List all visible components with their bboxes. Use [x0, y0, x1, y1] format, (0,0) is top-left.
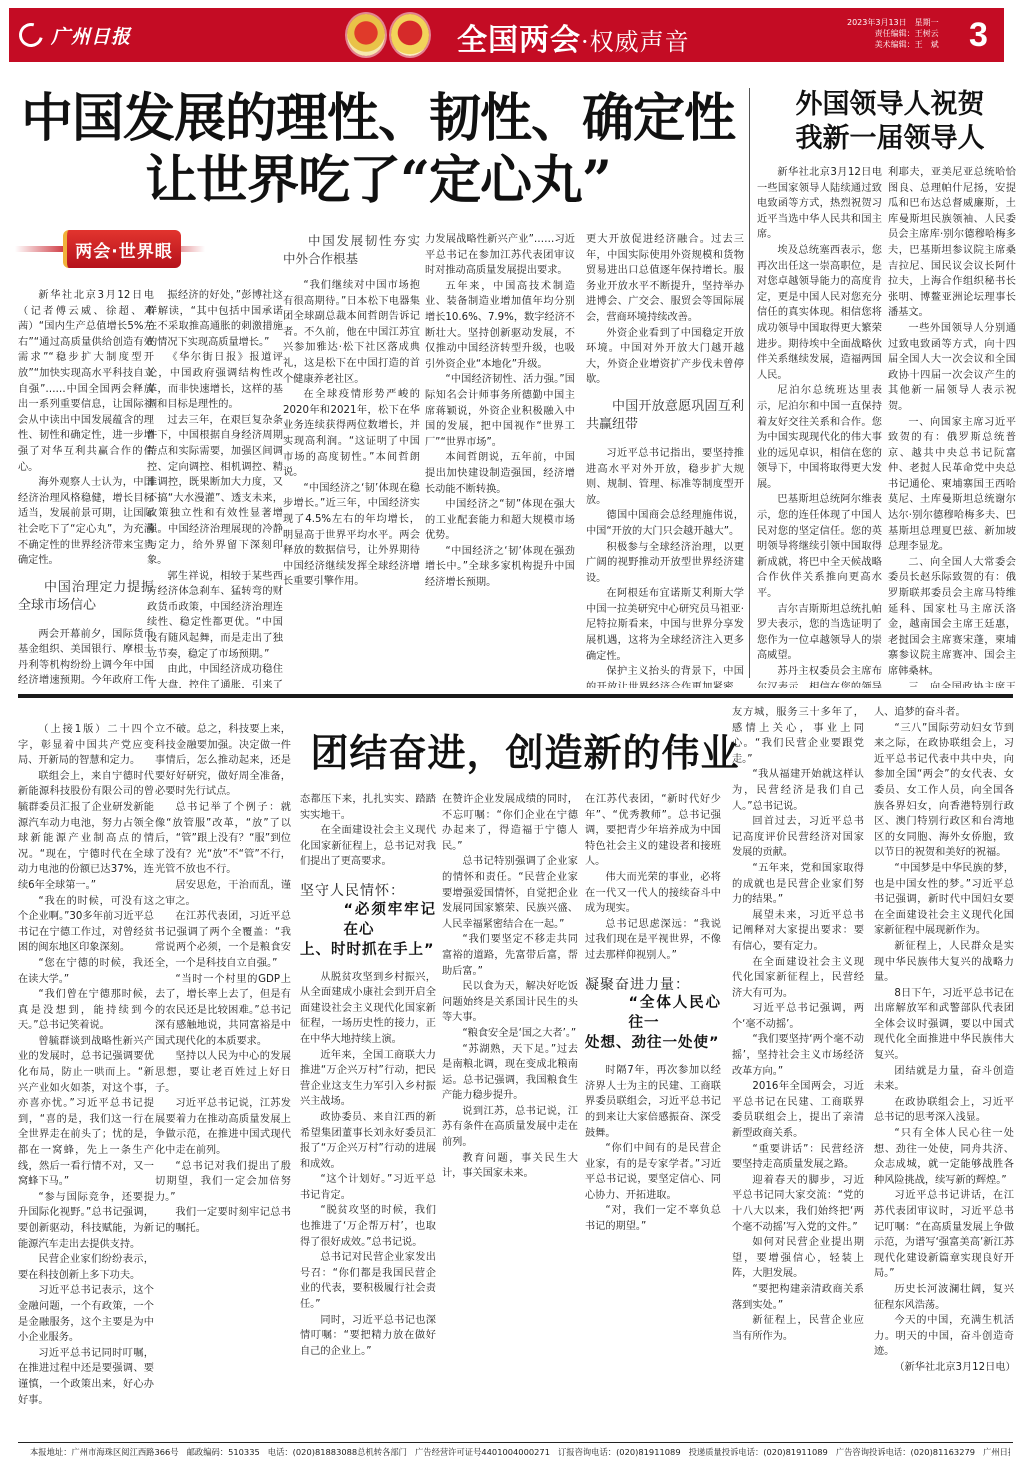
side-headline-line2: 我新一届领导人 [760, 122, 1020, 156]
paragraph: 在江苏代表团，“新时代好少年”、“优秀教师”。总书记强调，要把青少年培养成为中国… [585, 792, 721, 870]
paragraph: 振经济的好处，”彭博社这样解读，“其中包括中国承诺在不采取推高通胀的刺激措施的情… [147, 288, 283, 350]
national-emblem-icon [347, 14, 385, 56]
paragraph: 民以食为天，解决好吃饭问题始终是关系国计民生的头等大事。 [442, 979, 578, 1026]
paragraph: “重要讲话”：民营经济要坚持走高质量发展之路。 [732, 1142, 864, 1173]
paragraph: 习近平总书记讲话，在江苏代表团审议时，习近平总书记叮嘱：“在高质量发展上争做示范… [874, 1188, 1014, 1282]
footer-delivery: 投递质量投诉电话：(020)81911089 [689, 1446, 828, 1458]
paragraph: “这个计划好。”习近平总书记肯定。 [300, 1172, 436, 1203]
paragraph: 吉尔吉斯斯坦总统扎帕罗夫表示，您的当选证明了您作为一位卓越领导人的崇高威望。 [757, 602, 882, 664]
paragraph: “参与国际竞争，还要提升国际化视野。”总书记强调，要创新驱动，科技赋能，为新能源… [18, 1190, 154, 1252]
paragraph: 习近平总书记指出，要坚持推进高水平对外开放，稳步扩大规则、规制、管理、标准等制度… [586, 446, 744, 508]
paragraph: 总书记特别强调了企业家的情怀和责任。“民营企业家要增强爱国情怀，自觉把企业发展同… [442, 854, 578, 932]
paragraph: 8日下午，习近平总书记在出席解放军和武警部队代表团全体会议时强调，要以中国式现代… [874, 986, 1014, 1064]
dateline: （新华社北京3月12日电） [874, 1360, 1014, 1376]
paragraph: 苏丹主权委员会主席布尔汉表示，相信在您的领导下，中国全国两会胜利召开，丰富了民主… [757, 664, 882, 688]
paragraph: “您在宁德的时候，我还在读大学。” [18, 956, 154, 987]
paragraph: 保护主义抬头的背景下，中国的开放让世界经济合作更加紧密，让各国企业有机会分享中国… [586, 664, 744, 688]
paragraph: 外资企业看到了中国稳定开放环境。中国对外开放大门越开越大，外资企业增资扩产步伐未… [586, 326, 744, 388]
footer-phone: 电话：(020)81883088总机转各部门 [268, 1446, 407, 1458]
paragraph: 团结就是力量，奋斗创造未来。 [874, 1064, 1014, 1095]
paragraph: 在阿根廷布宜诺斯艾利斯大学中国一拉美研究中心研究员马祖亚·尼特拉斯看来，中国与世… [586, 586, 744, 664]
paragraph: “我们曾在宁德那时候，真是没想到，能持续到今天。”总书记笑着说。 [18, 987, 154, 1034]
paragraph: 总书记举了个例子：就像“放管服”改革，“放”了以后，“管”跟上没有？“服”到位了… [155, 800, 291, 878]
paragraph: 展望未来，习近平总书记阐释对大家提出要求：要有信心，要有定力。 [732, 908, 864, 955]
subhead-kicker: 凝聚奋进力量： [585, 978, 721, 994]
side-headline-line1: 外国领导人祝贺 [760, 88, 1020, 122]
paragraph: 说到江苏，总书记说，江苏有条件在高质量发展中走在前列。 [442, 1104, 578, 1151]
paragraph: “我们继续对中国市场抱有很高期待。”日本松下电器集团全球副总裁本间哲朗告诉记者。… [283, 278, 420, 387]
footer-postcode: 邮政编码：510335 [187, 1446, 260, 1458]
main-headline-line2: 让世界吃了“定心丸” [18, 150, 738, 212]
cppcc-emblem-icon [391, 14, 429, 56]
paragraph: 海外观察人士认为，中国经济治理风格稳健，增长目标适当，发展前景可期，让国际社会吃… [18, 475, 154, 569]
article2-column-1: 新华社北京3月12日电 一些国家领导人陆续通过致电致函等方式，热烈祝贺习近平当选… [757, 165, 882, 688]
subhead-quote: “必须牢牢记在心 [300, 900, 436, 940]
paragraph: “我在的时候，可没有这个企业啊。”30多年前习近平总书记在宁德工作过，对曾经贫困… [18, 894, 154, 956]
paragraph: 在全球疫情形势严峻的2020年和2021年，松下在华业务连续获得两位数增长，并实… [283, 387, 420, 481]
paragraph: 伟大而光荣的事业，必将在一代又一代人的接续奋斗中成为现实。 [585, 870, 721, 917]
paragraph: 五年来，中国高技术制造业、装备制造业增加值年均分别增长10.6%、7.9%，数字… [425, 279, 575, 373]
paragraph: 由此，中国经济成功稳住了大盘，控住了通胀，引来了外资，扩大了外贸，继续担当世界经… [147, 662, 283, 688]
paragraph: 两会开幕前夕，国际货币基金组织、美国银行、摩根士丹利等机构纷纷上调今年中国经济增… [18, 627, 154, 688]
paragraph: 总书记思虑深远：“我说过我们现在是平视世界，不像过去那样仰视别人。” [585, 917, 721, 964]
paragraph: 利耶夫，亚美尼亚总统哈恰图良、总理帕什尼扬，安提瓜和巴布达总督威廉斯，土库曼斯坦… [888, 165, 1016, 321]
paragraph: 教育问题，事关民生大计，事关国家未来。 [442, 1151, 578, 1182]
paragraph: 立不破。总之，科技要上来，科技金融要加强。决定做一件事情后，怎么推动起来，还是要… [155, 722, 291, 800]
subhead-quote: 处想、劲往一处使” [585, 1033, 721, 1053]
logo-text: 广州日报 [51, 22, 131, 49]
paragraph: 在赞许企业发展成绩的同时，不忘叮嘱：“你们企业在宁德办起来了，得造福于宁德人民。… [442, 792, 578, 854]
footer-printer: 广州日报印务中心印刷 [983, 1446, 1010, 1458]
paragraph: “粮食安全是‘国之大者’。” [442, 1026, 578, 1042]
article3-column-3: 态都压下来，扎扎实实、踏踏实实地干。 在全面建设社会主义现代化国家新征程上，总书… [300, 792, 436, 1434]
emblems [347, 14, 429, 56]
article1-column-4: 力发展战略性新兴产业”……习近平总书记在参加江苏代表团审议时对推动高质量发展提出… [425, 232, 575, 688]
paragraph: “你们中间有的是民营企业家，有的是专家学者。”习近平总书记说，要坚定信心、同心协… [585, 1141, 721, 1203]
article3-column-5: 在江苏代表团，“新时代好少年”、“优秀教师”。总书记强调，要把青少年培养成为中国… [585, 792, 721, 1434]
feature-subhead-1: 坚守人民情怀： “必须牢牢记在心 上、时时抓在手上” [300, 884, 436, 960]
subhead-quote: 上、时时抓在手上” [300, 940, 436, 960]
paragraph: 政协委员、来自江西的新希望集团董事长刘永好委员汇报了“万企兴万村”行动的进展和成… [300, 1110, 436, 1172]
feature-subhead-2: 凝聚奋进力量： “全体人民心往一 处想、劲往一处使” [585, 978, 721, 1054]
paragraph: 从脱贫攻坚到乡村振兴，从全面建成小康社会到开启全面建设社会主义现代化国家新征程，… [300, 970, 436, 1048]
paragraph: 友方城，服务三十多年了，感情上关心，事业上同心。“我们民营企业要跟党走。” [732, 705, 864, 767]
paragraph: 过去三年，在艰巨复杂条件下，中国根据自身经济周期特点和实际需要，加强区间调控、定… [147, 413, 283, 569]
footer-ad-license: 广告经营许可证号4401004000271 [415, 1446, 550, 1458]
paragraph: 新华社北京3月12日电（记者傅云威、徐超、邓茜）“国内生产总值增长5%左右”“通… [18, 288, 154, 475]
paragraph: “中国经济之‘韧’体现在强劲增长中。”全球多家机构提升中国经济增长预期。 [425, 544, 575, 591]
section-title-main: 全国两会 [457, 23, 581, 58]
article1-column-3: 中国发展韧性夯实中外合作根基 “我们继续对中国市场抱有很高期待。”日本松下电器集… [283, 232, 420, 688]
main-headline: 中国发展的理性、韧性、确定性 让世界吃了“定心丸” [18, 88, 738, 212]
second-headline: 团结奋进，创造新的伟业 [300, 722, 750, 777]
paragraph: 中国经济之“韧”体现在强大的工业配套能力和超大规模市场优势。 [425, 497, 575, 544]
art-editor-credit: 美术编辑：王 斌 [847, 39, 939, 50]
article3-column-1: （上接1版）二十四个字，彰显着中国共产党应变局、开新局的智慧和定力。 联组会上，… [18, 722, 154, 1434]
paragraph: “只有全体人民心往一处想、劲往一处使，同舟共济、众志成城，就一定能够战胜各种风险… [874, 1126, 1014, 1188]
paragraph: “对，我们一定不辜负总书记的期望。” [585, 1203, 721, 1234]
paragraph: 积极参与全球经济治理，以更广阔的视野推动开放型世界经济建设。 [586, 540, 744, 587]
column-divider [749, 88, 750, 678]
paragraph: 如何对民营企业提出期望，要增强信心，轻装上阵，大胆发展。 [732, 1235, 864, 1282]
paragraph: 习近平总书记同时叮嘱，在推进过程中还是要强调、要谨慎，一个政策出来，好心办好事。 [18, 1346, 154, 1408]
paragraph: 曾毓群谈到战略性新兴产业的发展时，总书记强调要优化布局，防止一哄而上。“新兴产业… [18, 1034, 154, 1190]
page-meta: 2023年3月13日 星期一 责任编辑：王树云 美术编辑：王 斌 [847, 17, 939, 50]
footer-divider [18, 1442, 1013, 1443]
side-headline: 外国领导人祝贺 我新一届领导人 [760, 88, 1020, 156]
paragraph: “要把构建亲清政商关系落到实处。” [732, 1282, 864, 1313]
paragraph: 二、向全国人大常委会委员长赵乐际致贺的有：俄罗斯联邦委员会主席马特维延科、国家杜… [888, 555, 1016, 680]
section-tag: 两会·世界眼 [63, 230, 181, 268]
paragraph: “总书记对我们提出了殷切期望，我们一定会加倍努力。” [155, 1159, 291, 1206]
paragraph: “三八”国际劳动妇女节到来之际，在政协联组会上，习近平总书记代表中共中央，向参加… [874, 721, 1014, 861]
paragraph: 一些外国领导人分别通过致电致函等方式，向十四届全国人大一次会议和全国政协十四届一… [888, 321, 1016, 415]
section-tag-banner: 两会·世界眼 [15, 224, 205, 274]
paragraph: 近年来，全国工商联大力推进“万企兴万村”行动，把民营企业这支生力军引入乡村振兴主… [300, 1048, 436, 1110]
newspaper-logo: 广州日报 [19, 20, 131, 50]
section-divider [18, 694, 1013, 698]
article3-column-7: 人、追梦的奋斗者。 “三八”国际劳动妇女节到来之际，在政协联组会上，习近平总书记… [874, 705, 1014, 1434]
paragraph: 新征程上，民营企业应当有所作为。 [732, 1313, 864, 1344]
paragraph: 居安思危，干治而乱，谨之审之。 [155, 878, 291, 909]
paragraph: 在全面建设社会主义现代化国家新征程上，民营经济大有可为。 [732, 955, 864, 1002]
footer: 本报地址：广州市海珠区阅江西路366号 邮政编码：510335 电话：(020)… [30, 1446, 1010, 1458]
article2-column-2: 利耶夫，亚美尼亚总统哈恰图良、总理帕什尼扬，安提瓜和巴布达总督威廉斯，土库曼斯坦… [888, 165, 1016, 688]
logo-mark-icon [15, 19, 48, 52]
paragraph: 新华社北京3月12日电 一些国家领导人陆续通过致电致函等方式，热烈祝贺习近平当选… [757, 165, 882, 243]
paragraph: “苏湖熟，天下足。”过去是南粮北调，现在变成北粮南运。总书记强调，我国粮食生产能… [442, 1042, 578, 1104]
subhead-quote: “全体人民心往一 [585, 993, 721, 1033]
paragraph: 时隔7年，再次参加以经济界人士为主的民建、工商联界委员联组会，习近平总书记的到来… [585, 1063, 721, 1141]
footer-ad-complaint: 广告咨询投诉电话：(020)81163279 [836, 1446, 975, 1458]
paragraph: 本间哲朗说，五年前，中国提出加快建设制造强国，经济增长动能不断转换。 [425, 450, 575, 497]
paragraph: “中国经济之‘韧’体现在稳步增长。”近三年，中国经济实现了4.5%左右的年均增长… [283, 481, 420, 590]
paragraph: 回首过去，习近平总书记高度评价民营经济对国家发展的贡献。 [732, 814, 864, 861]
paragraph: 2016年全国两会，习近平总书记在民建、工商联界委员联组会上，提出了亲清新型政商… [732, 1079, 864, 1141]
section-title: 全国两会·权威声音 [457, 15, 690, 59]
footer-address: 本报地址：广州市海珠区阅江西路366号 [30, 1446, 179, 1458]
paragraph: 联组会上，来自宁德时代新能源科技股份有限公司的曾毓群委员汇报了企业研发新能源汽车… [18, 769, 154, 894]
paragraph: 同时，习近平总书记也深情叮嘱：“要把精力放在做好自己的企业上。” [300, 1313, 436, 1360]
article1-column-5: 更大开放促进经济融合。过去三年，中国实际使用外资规模和货物贸易进出口总值逐年保持… [586, 232, 744, 688]
paragraph: 更大开放促进经济融合。过去三年，中国实际使用外资规模和货物贸易进出口总值逐年保持… [586, 232, 744, 326]
paragraph: 埃及总统塞西表示，您再次出任这一崇高职位，是对您卓越领导能力的高度肯定，更是中国… [757, 243, 882, 383]
editor-credit: 责任编辑：王树云 [847, 28, 939, 39]
paragraph: 《华尔街日报》报道评论，中国政府强调结构性改革，而非快速增长，这样的基调和目标是… [147, 350, 283, 412]
paragraph: 在政协联组会上，习近平总书记的思考深入浅显。 [874, 1095, 1014, 1126]
section-title-sub: ·权威声音 [581, 28, 690, 56]
paragraph: “脱贫攻坚的时候，我们也推进了‘万企帮万村’，也取得了很好成效。”总书记说。 [300, 1203, 436, 1250]
paragraph: 德国中国商会总经理施伟说，中国“开放的大门只会越开越大”。 [586, 508, 744, 539]
masthead: 广州日报 全国两会·权威声音 2023年3月13日 星期一 责任编辑：王树云 美… [9, 8, 1004, 62]
paragraph: 习近平总书记强调，两个‘毫不动摇’。 [732, 1001, 864, 1032]
paragraph: “中国梦是中华民族的梦，也是中国女性的梦。”习近平总书记强调，新时代中国妇女要在… [874, 861, 1014, 939]
paragraph: 历史长河波澜壮阔，复兴征程东风浩荡。 [874, 1282, 1014, 1313]
paragraph: 坚持以人民为中心的发展思想，要让老百姓过上好日子。 [155, 1049, 291, 1096]
paragraph: “当时一个村里的GDP上去了，增长率上去了，但是有的农民还是比较困难。”总书记深… [155, 972, 291, 1050]
article3-column-4: 在赞许企业发展成绩的同时，不忘叮嘱：“你们企业在宁德办起来了，得造福于宁德人民。… [442, 792, 578, 1434]
page-number: 3 [969, 16, 988, 55]
subheading: 中国发展韧性夯实中外合作根基 [283, 232, 420, 268]
paragraph: “我从福建开始就这样认为，民营经济是我们自己人。”总书记说。 [732, 767, 864, 814]
paragraph: 力发展战略性新兴产业”……习近平总书记在参加江苏代表团审议时对推动高质量发展提出… [425, 232, 575, 279]
paragraph: 人、追梦的奋斗者。 [874, 705, 1014, 721]
paragraph: 态都压下来，扎扎实实、踏踏实实地干。 [300, 792, 436, 823]
subheading: 中国治理定力提振全球市场信心 [18, 579, 154, 615]
subhead-kicker: 坚守人民情怀： [300, 884, 436, 900]
main-headline-line1: 中国发展的理性、韧性、确定性 [18, 88, 738, 150]
paragraph: “我们要坚定不移走共同富裕的道路，先富带后富，帮助后富。” [442, 932, 578, 979]
paragraph: “我们要坚持‘两个毫不动摇’，坚持社会主义市场经济改革方向。” [732, 1032, 864, 1079]
paragraph: 在江苏代表团，习近平总书记强调了两个全覆盖：“我常说两个必须，一个是粮食安全，一… [155, 909, 291, 971]
article1-column-1: 新华社北京3月12日电（记者傅云威、徐超、邓茜）“国内生产总值增长5%左右”“通… [18, 288, 154, 688]
paragraph: 习近平总书记说，江苏发展要着力在推动高质量发展上争做示范，在推进中国式现代化中走… [155, 1096, 291, 1158]
paragraph: 总书记对民营企业家发出号召：“你们都是我国民营企业的代表，要积极履行社会责任。” [300, 1250, 436, 1312]
paragraph: 新征程上，人民群众是实现中华民族伟大复兴的战略力量。 [874, 939, 1014, 986]
paragraph: 今天的中国，充满生机活力。明天的中国，奋斗创造奇迹。 [874, 1313, 1014, 1360]
paragraph: 我们一定要时刻牢记总书记的嘱托。 [155, 1205, 291, 1236]
subheading: 中国开放意愿巩固互利共赢纽带 [586, 398, 744, 434]
paragraph: 习近平总书记表示，这个金融问题，一个有政策，一个是金融服务，这个主要是为中小企业… [18, 1283, 154, 1345]
article3-column-2: 立不破。总之，科技要上来，科技金融要加强。决定做一件事情后，怎么推动起来，还是要… [155, 722, 291, 1434]
article3-column-6: 友方城，服务三十多年了，感情上关心，事业上同心。“我们民营企业要跟党走。” “我… [732, 705, 864, 1434]
paragraph: 迎着春天的脚步，习近平总书记同大家交流：“党的十八大以来，我们始终把‘两个毫不动… [732, 1173, 864, 1235]
paragraph: 在全面建设社会主义现代化国家新征程上，总书记对我们提出了更高要求。 [300, 823, 436, 870]
paragraph: 一、向国家主席习近平致贺的有：俄罗斯总统普京、越共中央总书记阮富仲、老挝人民革命… [888, 415, 1016, 555]
paragraph: “五年来，党和国家取得的成就也是民营企业家们努力的结果。” [732, 861, 864, 908]
paragraph: 巴基斯坦总统阿尔维表示，您的连任体现了中国人民对您的坚定信任。您的英明领导将继续… [757, 492, 882, 601]
article1-column-2: 振经济的好处，”彭博社这样解读，“其中包括中国承诺在不采取推高通胀的刺激措施的情… [147, 288, 283, 688]
paragraph: 民营企业家们纷纷表示，要在科技创新上多下功夫。 [18, 1252, 154, 1283]
paragraph: 三、向全国政协主席王沪宁致贺的有：古巴全国人民政权代表大会主席拉索、哈萨克斯坦议… [888, 680, 1016, 688]
paragraph: “中国经济韧性、活力强。”国际知名会计师事务所德勤中国主席蒋颖说，外资企业积极融… [425, 372, 575, 450]
paragraph: 尼泊尔总统班达里表示，尼泊尔和中国一直保持着友好交往关系和合作。您为中国实现现代… [757, 383, 882, 492]
footer-subscribe: 订报咨询电话：(020)81911089 [558, 1446, 681, 1458]
paragraph: 郭生祥说，相较于某些西方经济体急刹车、猛转弯的财政货币政策，中国经济治理连续性、… [147, 569, 283, 663]
issue-date: 2023年3月13日 星期一 [847, 17, 939, 28]
paragraph: （上接1版）二十四个字，彰显着中国共产党应变局、开新局的智慧和定力。 [18, 722, 154, 769]
